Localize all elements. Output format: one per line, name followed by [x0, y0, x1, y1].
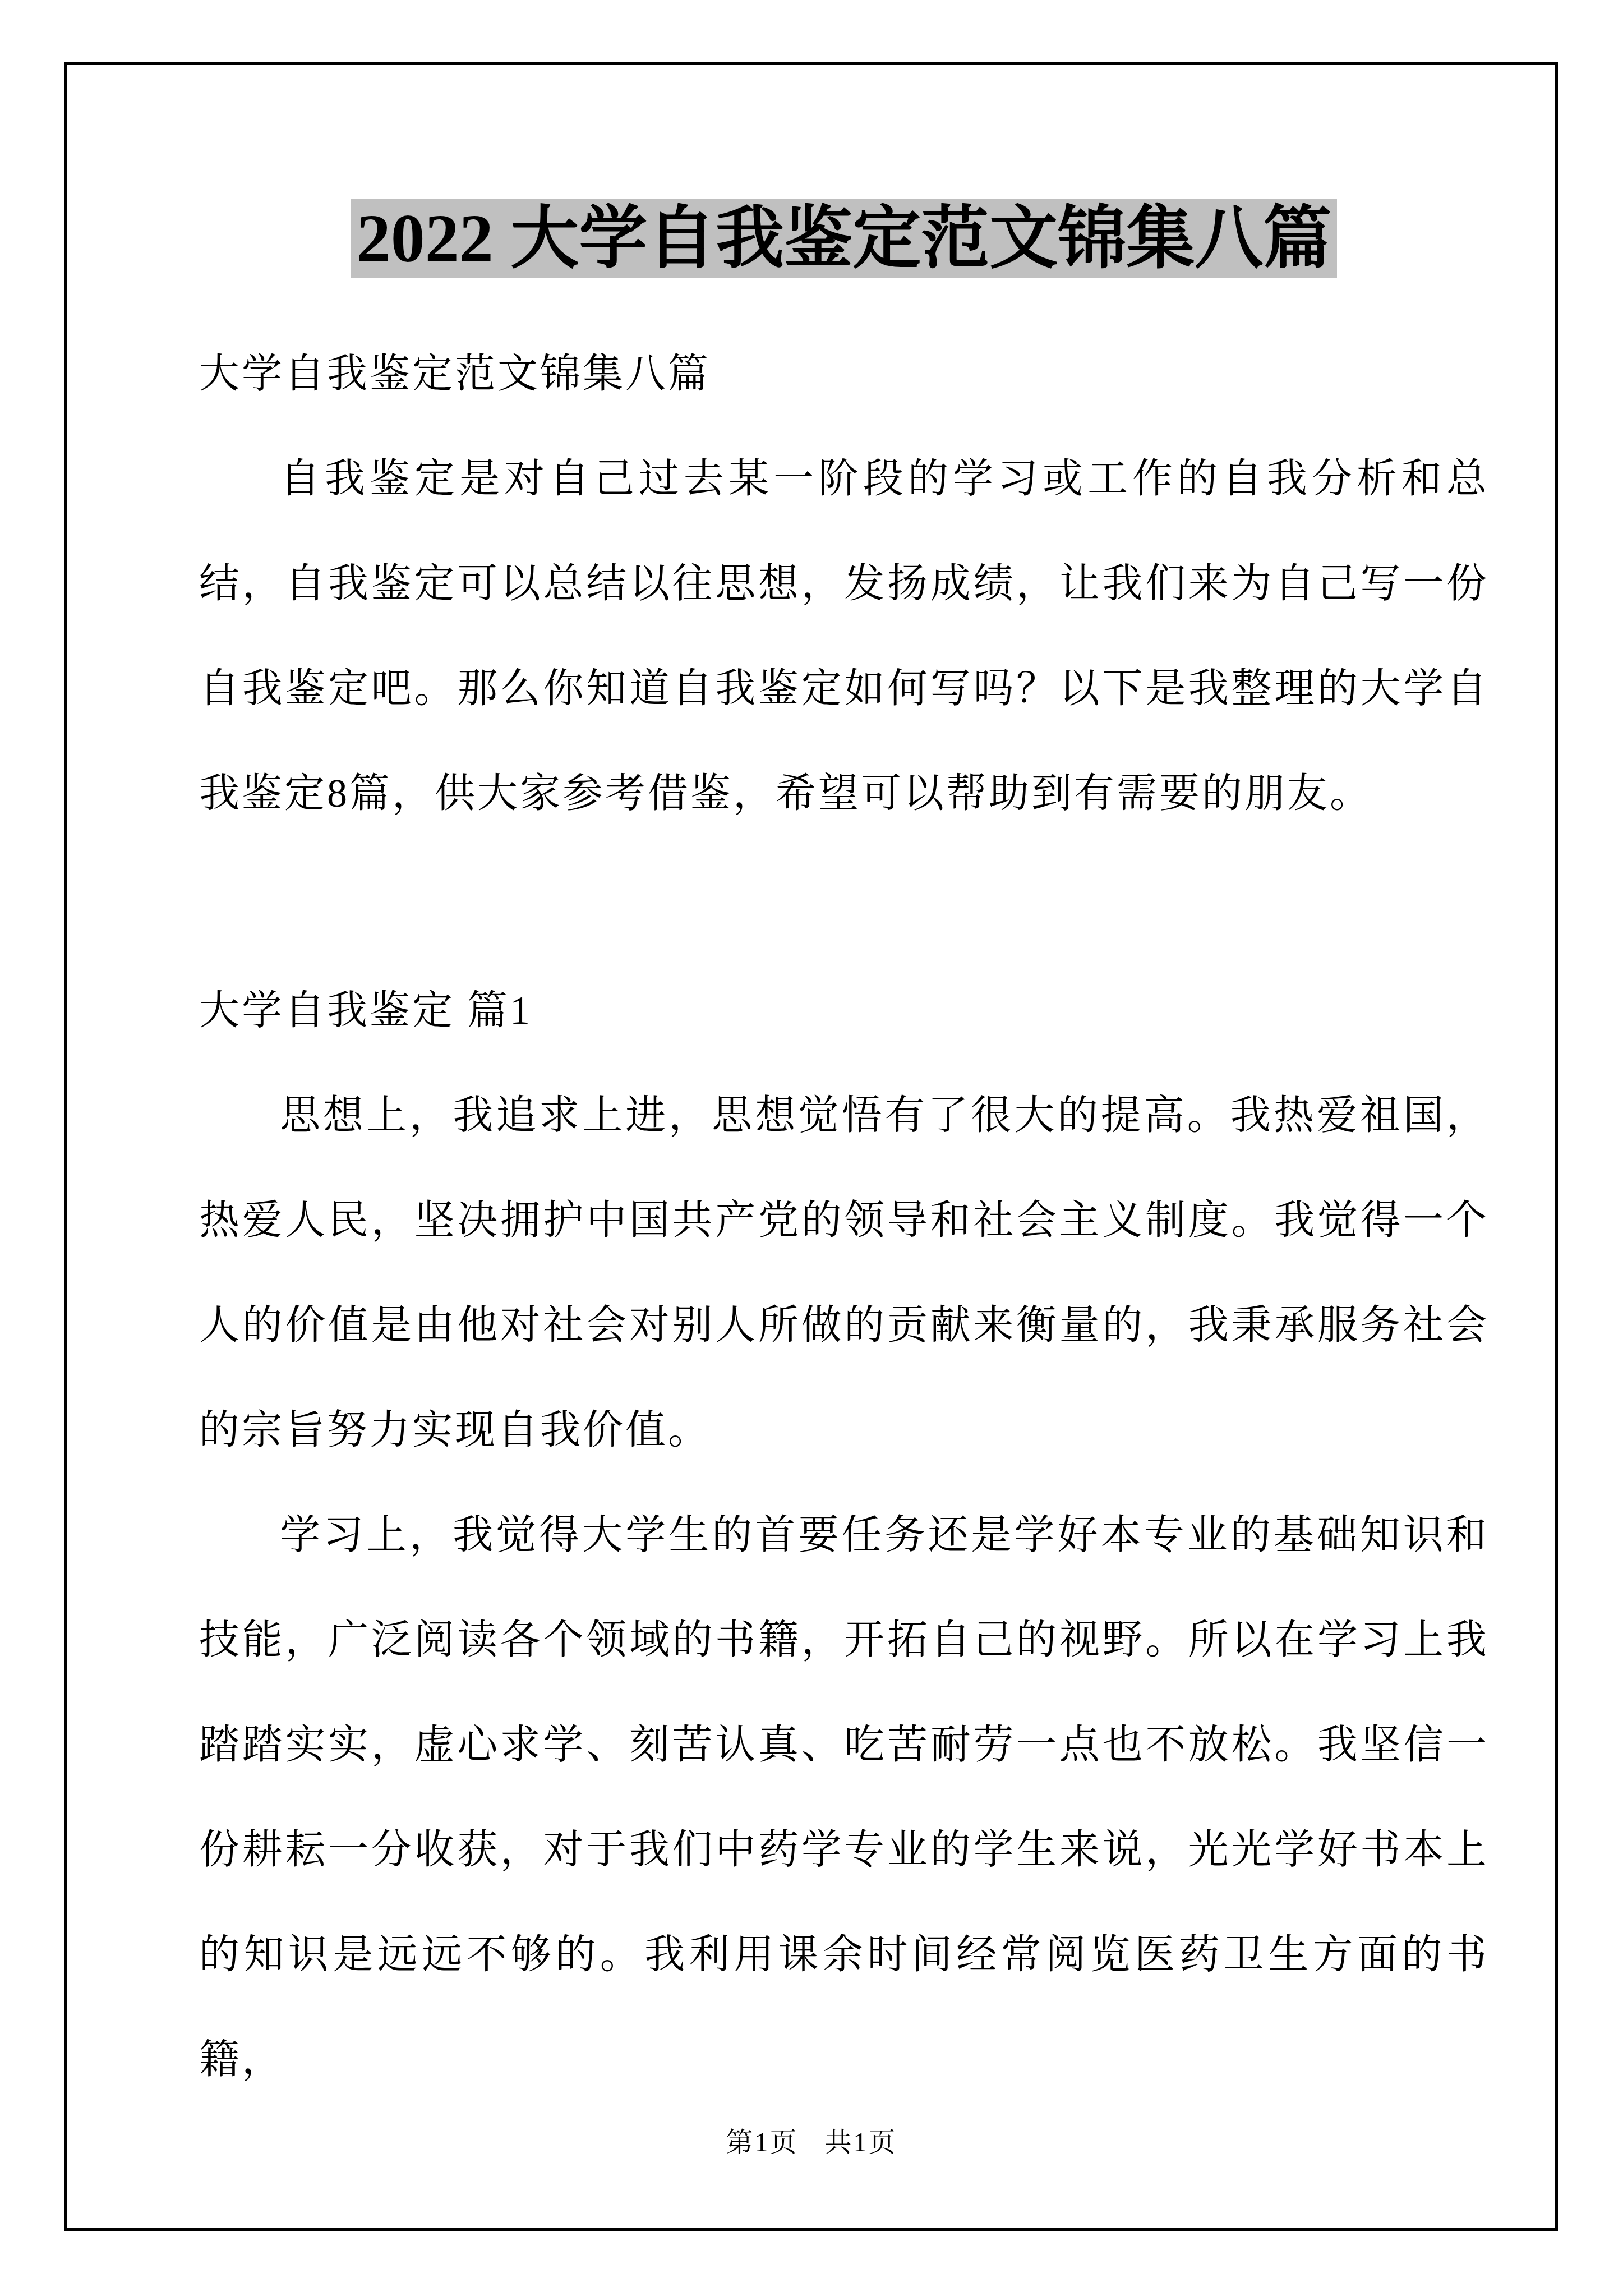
paragraph: 大学自我鉴定范文锦集八篇: [199, 321, 1489, 426]
paragraph: 思想上，我追求上进，思想觉悟有了很大的提高。我热爱祖国，热爱人民，坚决拥护中国共…: [199, 1063, 1489, 1483]
section-heading: 大学自我鉴定 篇1: [199, 958, 1489, 1063]
paragraph: 学习上，我觉得大学生的首要任务还是学好本专业的基础知识和技能，广泛阅读各个领域的…: [199, 1483, 1489, 2112]
blank-line: [199, 846, 1489, 958]
page-footer: 第1页 共1页: [0, 2126, 1623, 2160]
document-body: 大学自我鉴定范文锦集八篇自我鉴定是对自己过去某一阶段的学习或工作的自我分析和总结…: [199, 321, 1489, 2112]
footer-page-number: 第1页: [726, 2128, 798, 2157]
footer-total-pages: 共1页: [825, 2128, 897, 2157]
document-title-line: 2022 大学自我鉴定范文锦集八篇: [199, 199, 1489, 278]
document-title: 2022 大学自我鉴定范文锦集八篇: [351, 199, 1338, 278]
paragraph: 自我鉴定是对自己过去某一阶段的学习或工作的自我分析和总结，自我鉴定可以总结以往思…: [199, 426, 1489, 846]
document-page: 2022 大学自我鉴定范文锦集八篇 大学自我鉴定范文锦集八篇自我鉴定是对自己过去…: [0, 0, 1623, 2296]
page-content: 2022 大学自我鉴定范文锦集八篇 大学自我鉴定范文锦集八篇自我鉴定是对自己过去…: [199, 199, 1489, 2112]
